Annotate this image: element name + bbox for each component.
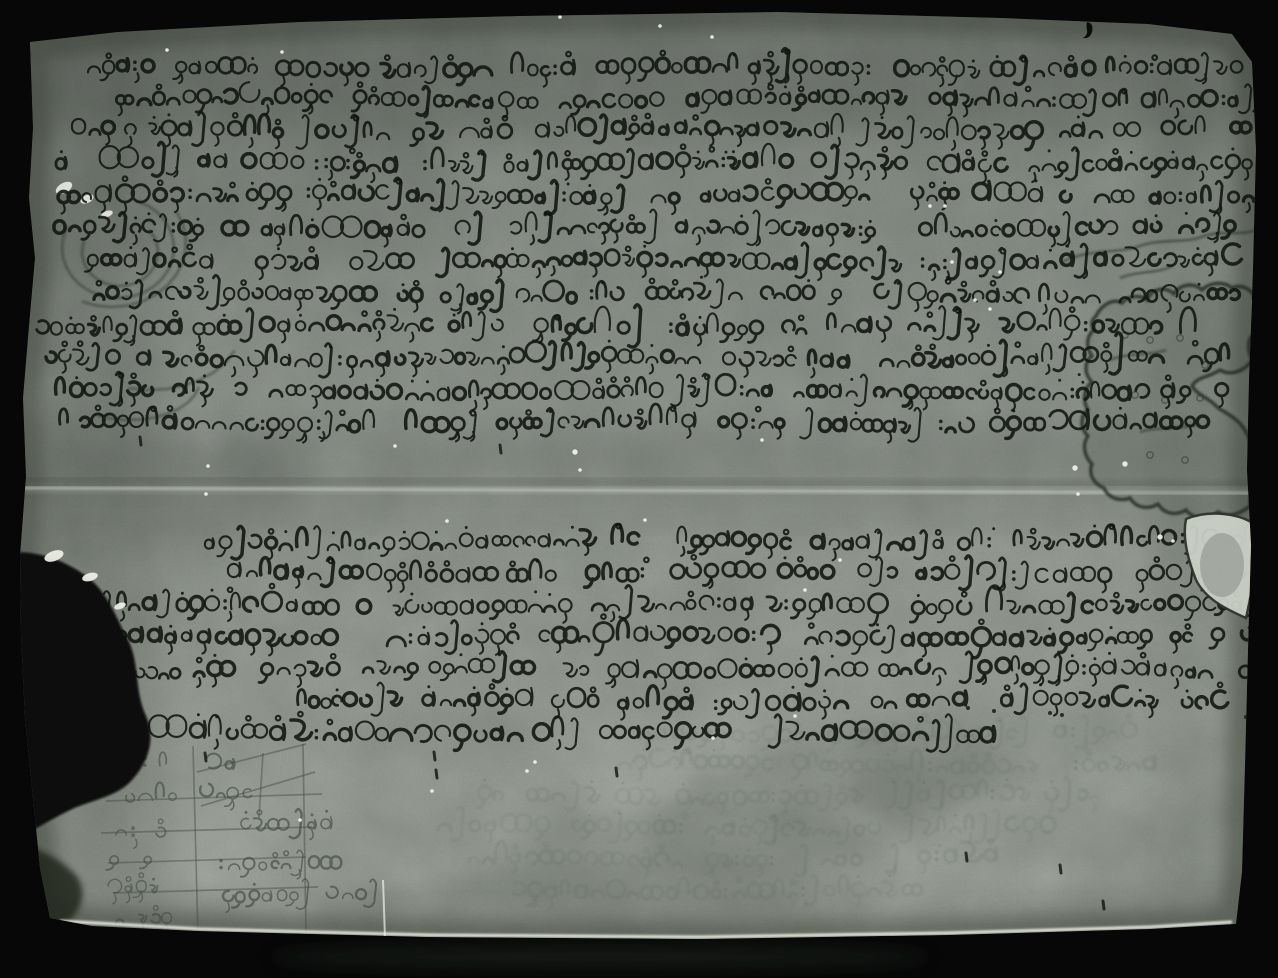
ink-dash-4: [966, 853, 967, 861]
ink-dash-0: [140, 437, 141, 445]
ink-dash-5: [616, 768, 617, 776]
paper-sheet: [0, 0, 1278, 978]
ink-dash-7: [436, 770, 437, 778]
manuscript-photograph: Black-and-white archival photograph of a…: [0, 0, 1278, 978]
ink-dash-6: [434, 752, 435, 760]
ink-dash-2: [1103, 901, 1104, 909]
ink-dash-1: [500, 445, 501, 453]
ink-dash-8: [205, 753, 206, 761]
fold-crease: [20, 479, 1256, 493]
manuscript-scene: [0, 0, 1278, 978]
photo-border-smudge: [270, 944, 930, 970]
ink-dash-3: [1060, 865, 1061, 873]
